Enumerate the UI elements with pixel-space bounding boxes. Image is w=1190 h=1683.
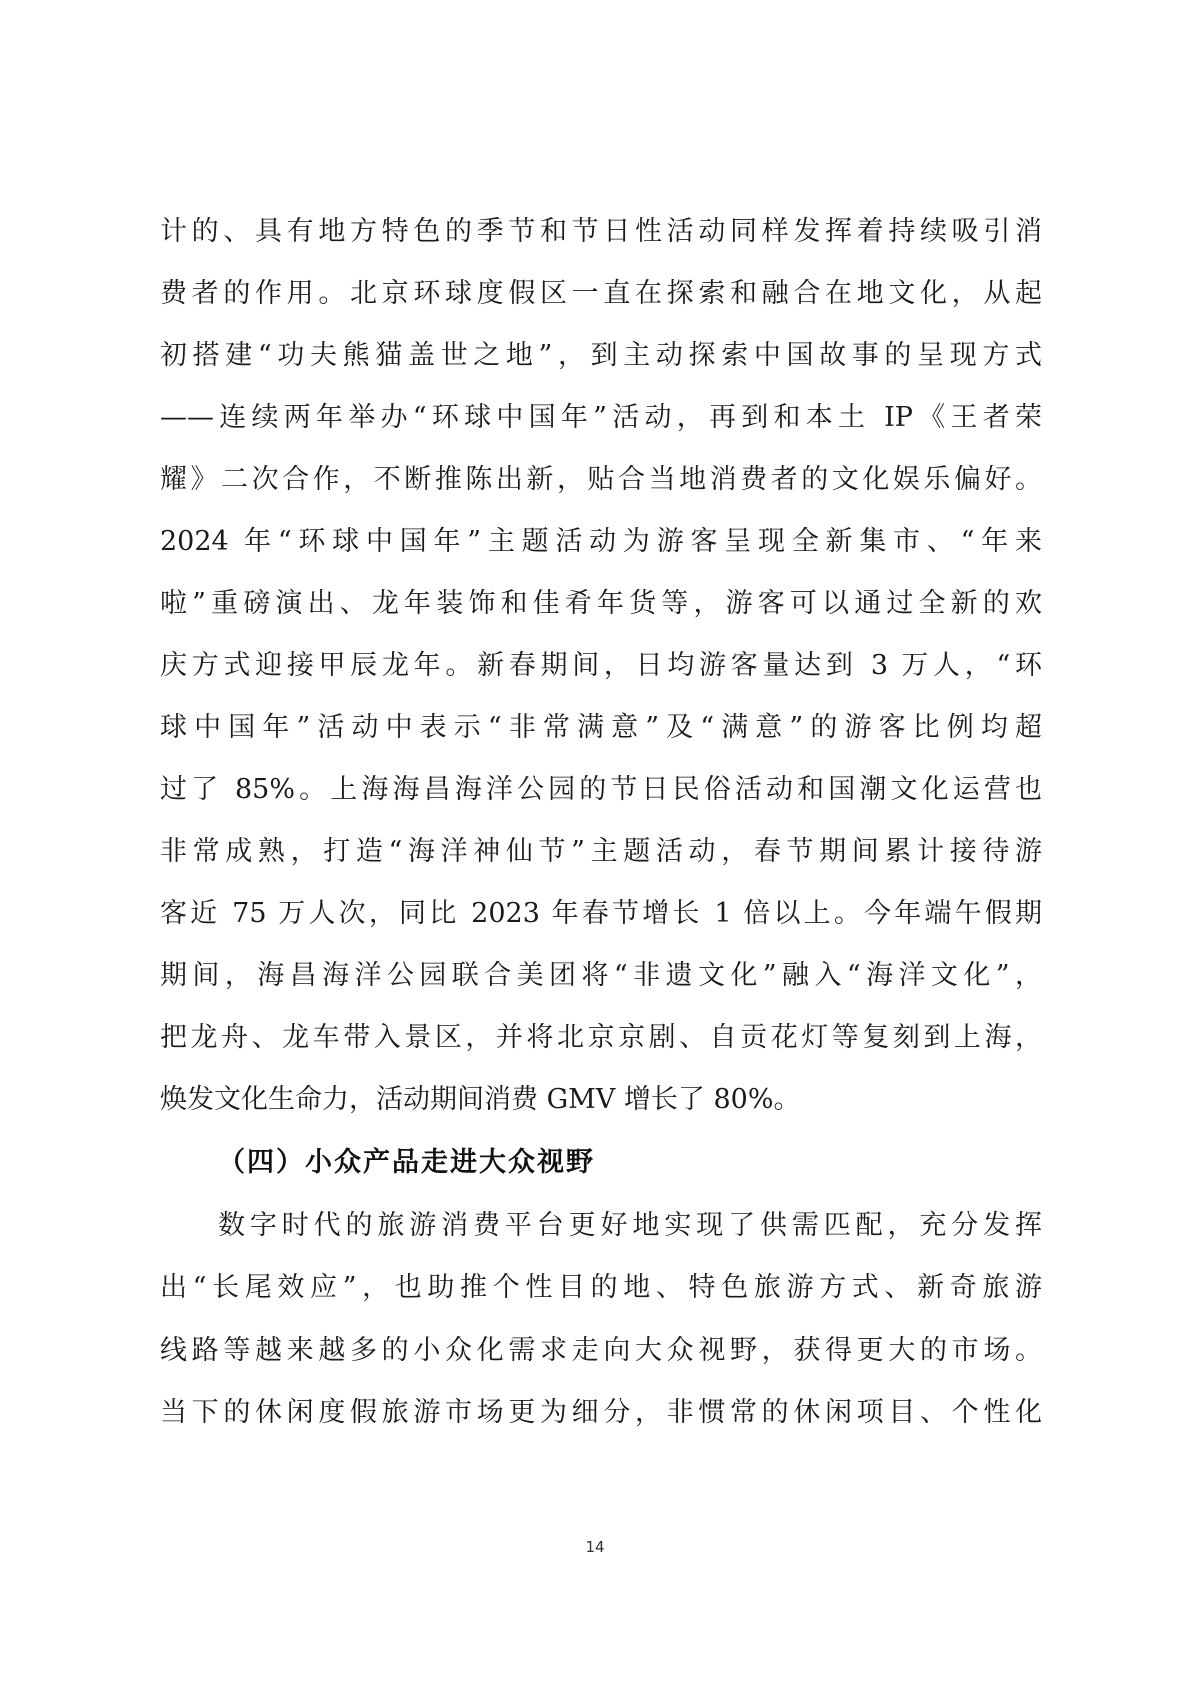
paragraph-line: 焕发文化生命力，活动期间消费 GMV 增长了 80%。	[160, 1080, 1042, 1120]
paragraph-line: 2024 年“环球中国年”主题活动为游客呈现全新集市、“年来	[160, 522, 1042, 562]
section-heading: （四）小众产品走进大众视野	[218, 1143, 595, 1183]
paragraph-line: 过了 85%。上海海昌海洋公园的节日民俗活动和国潮文化运营也	[160, 770, 1042, 810]
paragraph-line: 费者的作用。北京环球度假区一直在探索和融合在地文化，从起	[160, 274, 1042, 314]
document-page: 计的、具有地方特色的季节和节日性活动同样发挥着持续吸引消 费者的作用。北京环球度…	[0, 0, 1190, 1683]
paragraph-line: 当下的休闲度假旅游市场更为细分，非惯常的休闲项目、个性化	[160, 1393, 1042, 1433]
paragraph-line: 球中国年”活动中表示“非常满意”及“满意”的游客比例均超	[160, 708, 1042, 748]
paragraph-line: ——连续两年举办“环球中国年”活动，再到和本土 IP《王者荣	[160, 398, 1042, 438]
paragraph-line: 期间，海昌海洋公园联合美团将“非遗文化”融入“海洋文化”，	[160, 956, 1042, 996]
paragraph-line: 耀》二次合作，不断推陈出新，贴合当地消费者的文化娱乐偏好。	[160, 460, 1042, 500]
paragraph-line: 啦”重磅演出、龙年装饰和佳肴年货等，游客可以通过全新的欢	[160, 584, 1042, 624]
paragraph-line: 计的、具有地方特色的季节和节日性活动同样发挥着持续吸引消	[160, 212, 1042, 252]
paragraph-line: 客近 75 万人次，同比 2023 年春节增长 1 倍以上。今年端午假期	[160, 894, 1042, 934]
paragraph-line: 把龙舟、龙车带入景区，并将北京京剧、自贡花灯等复刻到上海，	[160, 1018, 1042, 1058]
paragraph-line: 数字时代的旅游消费平台更好地实现了供需匹配，充分发挥	[218, 1206, 1042, 1246]
paragraph-line: 庆方式迎接甲辰龙年。新春期间，日均游客量达到 3 万人，“环	[160, 646, 1042, 686]
paragraph-line: 出“长尾效应”，也助推个性目的地、特色旅游方式、新奇旅游	[160, 1268, 1042, 1308]
paragraph-line: 线路等越来越多的小众化需求走向大众视野，获得更大的市场。	[160, 1331, 1042, 1371]
paragraph-line: 初搭建“功夫熊猫盖世之地”，到主动探索中国故事的呈现方式	[160, 336, 1042, 376]
page-number: 14	[0, 1538, 1190, 1556]
paragraph-line: 非常成熟，打造“海洋神仙节”主题活动，春节期间累计接待游	[160, 832, 1042, 872]
